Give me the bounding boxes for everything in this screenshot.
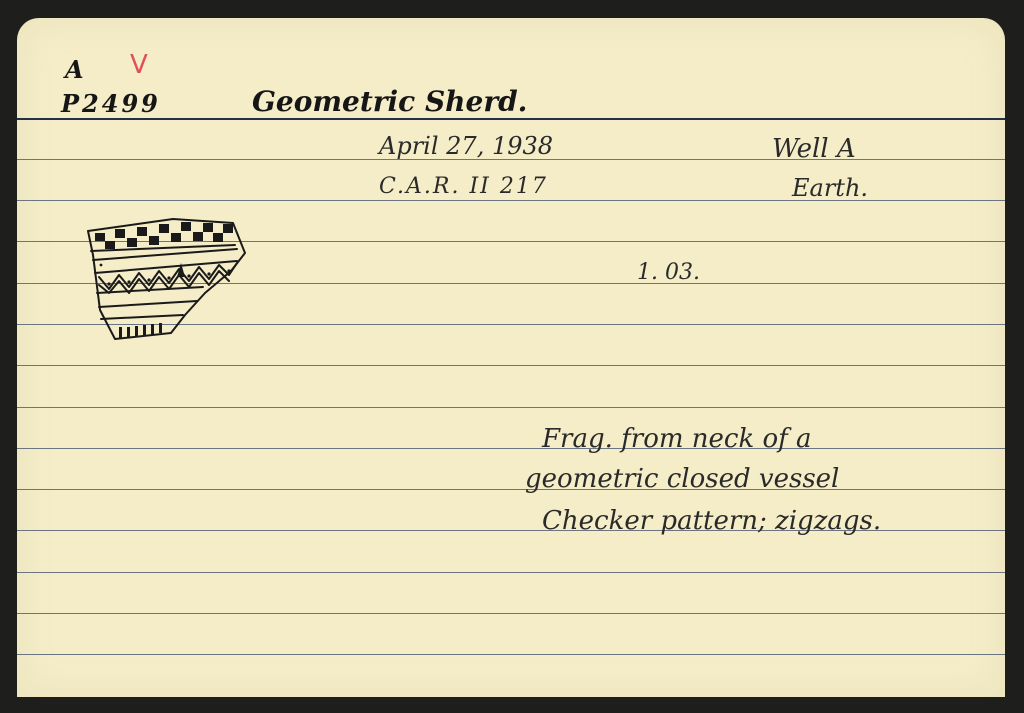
date: April 27, 1938 — [379, 134, 553, 158]
context: Earth. — [792, 176, 868, 200]
description-line-1: Frag. from neck of a — [542, 426, 812, 452]
card-title: Geometric Sherd. — [252, 88, 527, 116]
check-mark: V — [130, 52, 148, 78]
reference: C.A.R. II 217 — [379, 176, 548, 198]
ruled-line — [17, 489, 1005, 490]
sherd-sketch-icon — [85, 215, 251, 345]
ruled-line — [17, 613, 1005, 614]
ruled-line — [17, 365, 1005, 366]
ruled-line — [17, 572, 1005, 573]
catalog-card: A V P2499 Geometric Sherd. April 27, 193… — [17, 18, 1005, 697]
description-line-2: geometric closed vessel — [525, 466, 839, 492]
location: Well A — [772, 136, 856, 162]
ruled-line — [17, 407, 1005, 408]
description-line-3: Checker pattern; zigzags. — [542, 508, 881, 534]
letter-mark: A — [65, 58, 84, 82]
header-rule — [17, 118, 1005, 120]
ruled-line — [17, 448, 1005, 449]
catalog-number: P2499 — [61, 92, 161, 116]
measurement: 1. 03. — [637, 262, 700, 284]
ruled-line — [17, 654, 1005, 655]
